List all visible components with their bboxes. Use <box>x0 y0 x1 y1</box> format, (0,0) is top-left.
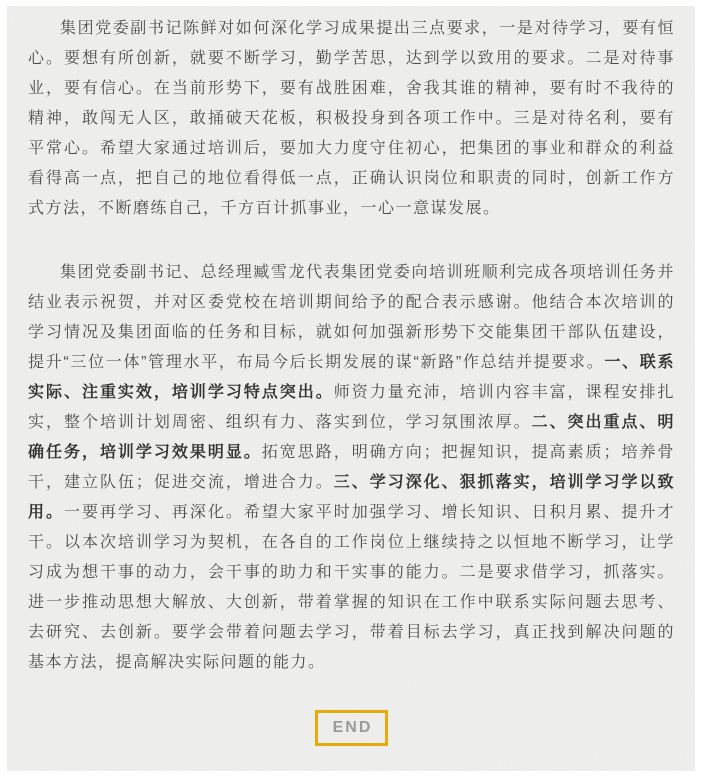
text-segment: 集团党委副书记、总经理臧雪龙代表集团党委向培训班顺利完成各项培训任务并结业表示祝… <box>28 264 675 371</box>
end-badge-container: END <box>28 710 675 746</box>
paragraph-1: 集团党委副书记陈鲜对如何深化学习成果提出三点要求，一是对待学习，要有恒心。要想有… <box>28 14 675 224</box>
article-page: 集团党委副书记陈鲜对如何深化学习成果提出三点要求，一是对待学习，要有恒心。要想有… <box>7 6 695 771</box>
end-badge: END <box>315 710 389 746</box>
text-segment: 一要再学习、再深化。希望大家平时加强学习、增长知识、日积月累、提升才干。以本次培… <box>28 504 675 671</box>
paragraph-2: 集团党委副书记、总经理臧雪龙代表集团党委向培训班顺利完成各项培训任务并结业表示祝… <box>28 258 675 678</box>
article-body: 集团党委副书记陈鲜对如何深化学习成果提出三点要求，一是对待学习，要有恒心。要想有… <box>7 6 695 746</box>
